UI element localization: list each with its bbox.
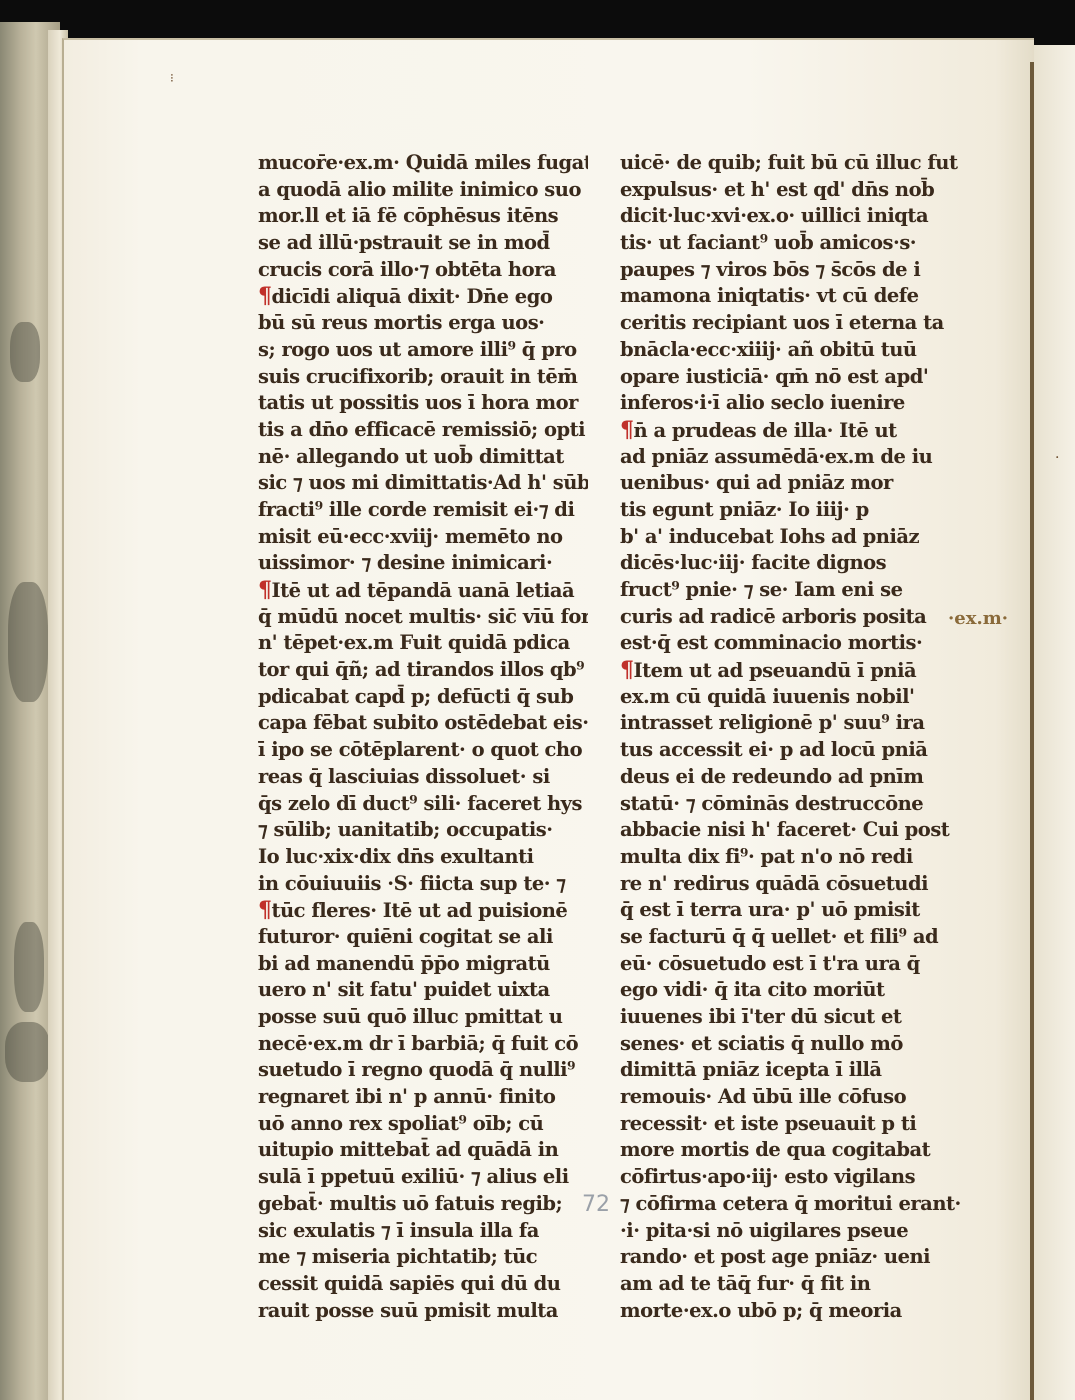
text-line: ¶n̄ a prudeas de illa· Itē ut [620, 417, 960, 444]
text-line: q̄ est ī terra ura· p' uō pmisit [620, 897, 960, 924]
text-line: mor.ll et iā fē cōphēsus itēns [258, 203, 588, 230]
text-line: bū sū reus mortis erga uos· [258, 310, 588, 337]
text-line: ex.m cū quidā iuuenis nobil' [620, 684, 960, 711]
text-line: capa fēbat subito ostēdebat eis· ut [258, 710, 588, 737]
text-line: se ad illū·pstrauit se in mod̄ [258, 230, 588, 257]
rubricated-initial: ¶ [620, 417, 634, 444]
text-line: a quodā alio milite inimico suo [258, 177, 588, 204]
text-line: uissimor· ⁊ desine inimicari· [258, 550, 588, 577]
text-line: dicēs·luc·iij· facite dignos [620, 550, 960, 577]
text-line: abbacie nisi h' faceret· Cui post [620, 817, 960, 844]
text-line: am ad te tāq̄ fur· q̄ fit in [620, 1271, 960, 1298]
text-line: crucis corā illo·⁊ obtēta hora [258, 257, 588, 284]
text-line: ī ipo se cōtēplarent· o quot cho [258, 737, 588, 764]
text-line: bi ad manendū p̄p̄o migratū [258, 951, 588, 978]
text-line: bnācla·ecc·xiiij· añ obitū tuū [620, 337, 960, 364]
text-line: ceritis recipiant uos ī eterna ta [620, 310, 960, 337]
text-line: inferos·i·ī alio seclo iuenire [620, 390, 960, 417]
text-line: se facturū q̄ q̄ uellet· et fili⁹ ad [620, 924, 960, 951]
text-line: uitupio mittebat̄ ad quādā in [258, 1137, 588, 1164]
text-line: posse suū quō illuc pmittat u [258, 1004, 588, 1031]
text-line: s; rogo uos ut amore illi⁹ q̄ pro [258, 337, 588, 364]
text-line: ¶Item ut ad pseuandū ī pniā [620, 657, 960, 684]
facing-page-mark: · [1055, 450, 1059, 466]
margin-dots: ⁝ [170, 72, 180, 84]
text-line: gebat̄· multis uō fatuis regib; [258, 1191, 588, 1218]
text-line: uicē· de quib; fuit bū cū illuc fut [620, 150, 960, 177]
text-line: est·q̄ est comminacio mortis· [620, 630, 960, 657]
text-line: dicit·luc·xvi·ex.o· uillici iniqta [620, 203, 960, 230]
text-line: suetudo ī regno quodā q̄ nulli⁹ [258, 1057, 588, 1084]
text-line: rando· et post age pniāz· ueni [620, 1244, 960, 1271]
binding-stain [14, 922, 44, 1012]
rubricated-initial: ¶ [258, 283, 272, 310]
text-line: multa dix fi⁹· pat n'o nō redi [620, 844, 960, 871]
text-line: q̄ mūdū nocet multis· sic̄ vīū forte [258, 604, 588, 631]
text-line: sic ⁊ uos mi dimittatis·Ad h' sūba cō [258, 470, 588, 497]
text-line: necē·ex.m dr ī barbiā; q̄ fuit cō [258, 1031, 588, 1058]
text-line: statū· ⁊ cōminās destruccōne [620, 791, 960, 818]
text-line: me ⁊ miseria pichtatib; tūc [258, 1244, 588, 1271]
text-line: ⁊ sūlib; uanitatib; occupatis· [258, 817, 588, 844]
text-line: uō anno rex spoliat⁹ oīb; cū [258, 1111, 588, 1138]
text-line: paupes ⁊ viros bōs ⁊ s̄cōs de i [620, 257, 960, 284]
text-line: sulā ī ppetuū exiliū· ⁊ alius eli [258, 1164, 588, 1191]
text-column-left: mucor̄e·ex.m· Quidā miles fugat⁹a quodā … [258, 150, 588, 1324]
facing-page [1034, 45, 1075, 1400]
text-line: ¶Itē ut ad tēpandā uanā letiaā [258, 577, 588, 604]
text-line: morte·ex.o ubō p; q̄ meoria [620, 1298, 960, 1325]
text-line: sic exulatis ⁊ ī insula illa fa [258, 1218, 588, 1245]
rubricated-initial: ¶ [620, 657, 634, 684]
binding-stain [5, 1022, 50, 1082]
text-line: nē· allegando ut uob̄ dimittat [258, 444, 588, 471]
text-line: ego vidi· q̄ ita cito moriūt [620, 977, 960, 1004]
text-column-right: uicē· de quib; fuit bū cū illuc futexpul… [620, 150, 960, 1324]
text-line: re n' redirus quādā cōsuetudi [620, 871, 960, 898]
rubricated-initial: ¶ [258, 897, 272, 924]
text-line: ¶dicīdi aliquā dixit· Dn̄e ego [258, 283, 588, 310]
text-line: in cōuiuuiis ·S· fiicta sup te· ⁊ [258, 871, 588, 898]
text-line: tor qui q̄ñ; ad tirandos illos qb⁹ [258, 657, 588, 684]
text-line: reas q̄ lasciuias dissoluet· si [258, 764, 588, 791]
folio-number: 72 [582, 1192, 610, 1217]
text-line: suis crucifixorib; orauit in tēm̄ [258, 364, 588, 391]
text-line: uero n' sit fatu' puidet uixta [258, 977, 588, 1004]
text-line: opare iusticiā· qm̄ nō est apd' [620, 364, 960, 391]
text-line: ⁊ cōfirma cetera q̄ moritui erant· [620, 1191, 960, 1218]
margin-note: ·ex.m· [948, 608, 1008, 629]
text-line: ¶tūc fleres· Itē ut ad puisionē [258, 897, 588, 924]
text-line: recessit· et iste pseuauit p ti [620, 1111, 960, 1138]
text-line: Io luc·xix·dix dn̄s exultanti [258, 844, 588, 871]
text-line: tus accessit ei· p ad locū pniā [620, 737, 960, 764]
text-line: more mortis de qua cogitabat [620, 1137, 960, 1164]
text-line: expulsus· et h' est qd' dn̄s nob̄ [620, 177, 960, 204]
text-line: b' a' inducebat Iohs ad pniāz [620, 524, 960, 551]
text-line: misit eū·ecc·xviij· memēto no [258, 524, 588, 551]
text-line: rauit posse suū pmisit multa [258, 1298, 588, 1325]
text-line: fruct⁹ pnie· ⁊ se· Iam eni se [620, 577, 960, 604]
text-line: pdicabat capd̄ p; defūcti q̄ sub [258, 684, 588, 711]
text-line: ·i· pita·si nō uigilares pseue [620, 1218, 960, 1245]
rubricated-initial: ¶ [258, 577, 272, 604]
text-line: mucor̄e·ex.m· Quidā miles fugat⁹ [258, 150, 588, 177]
binding-stain [8, 582, 48, 702]
text-line: deus ei de redeundo ad pnīm [620, 764, 960, 791]
text-line: tis· ut faciant⁹ uob̄ amicos·s· [620, 230, 960, 257]
binding-stain [10, 322, 40, 382]
text-line: n' tēpet·ex.m Fuit quidā pdica [258, 630, 588, 657]
text-line: uenibus· qui ad pniāz mor [620, 470, 960, 497]
text-line: curis ad radicē arboris posita [620, 604, 960, 631]
text-line: tis a dn̄o efficacē remissiō; opti [258, 417, 588, 444]
text-line: cessit quidā sapiēs qui dū du [258, 1271, 588, 1298]
text-line: tis egunt pniāz· Io iiij· p [620, 497, 960, 524]
text-line: q̄s zelo dī duct⁹ sili· faceret hys [258, 791, 588, 818]
text-line: ad pniāz assumēdā·ex.m de iu [620, 444, 960, 471]
text-line: fracti⁹ ille corde remisit ei·⁊ di [258, 497, 588, 524]
text-line: regnaret ibi n' p annū· finito [258, 1084, 588, 1111]
text-line: remouis· Ad ūbū ille cōfuso [620, 1084, 960, 1111]
text-line: senes· et sciatis q̄ nullo mō [620, 1031, 960, 1058]
text-line: cōfirtus·apo·iij· esto vigilans [620, 1164, 960, 1191]
text-line: iuuenes ibi ī'ter dū sicut et [620, 1004, 960, 1031]
text-line: futuror· quiēni cogitat se ali [258, 924, 588, 951]
text-line: mamona iniqtatis· vt cū defe [620, 283, 960, 310]
text-line: eū· cōsuetudo est ī t'ra ura q̄ [620, 951, 960, 978]
text-line: intrasset religionē p' suu⁹ ira [620, 710, 960, 737]
text-line: dimittā pniāz icepta ī illā [620, 1057, 960, 1084]
text-line: tatis ut possitis uos ī hora mor [258, 390, 588, 417]
